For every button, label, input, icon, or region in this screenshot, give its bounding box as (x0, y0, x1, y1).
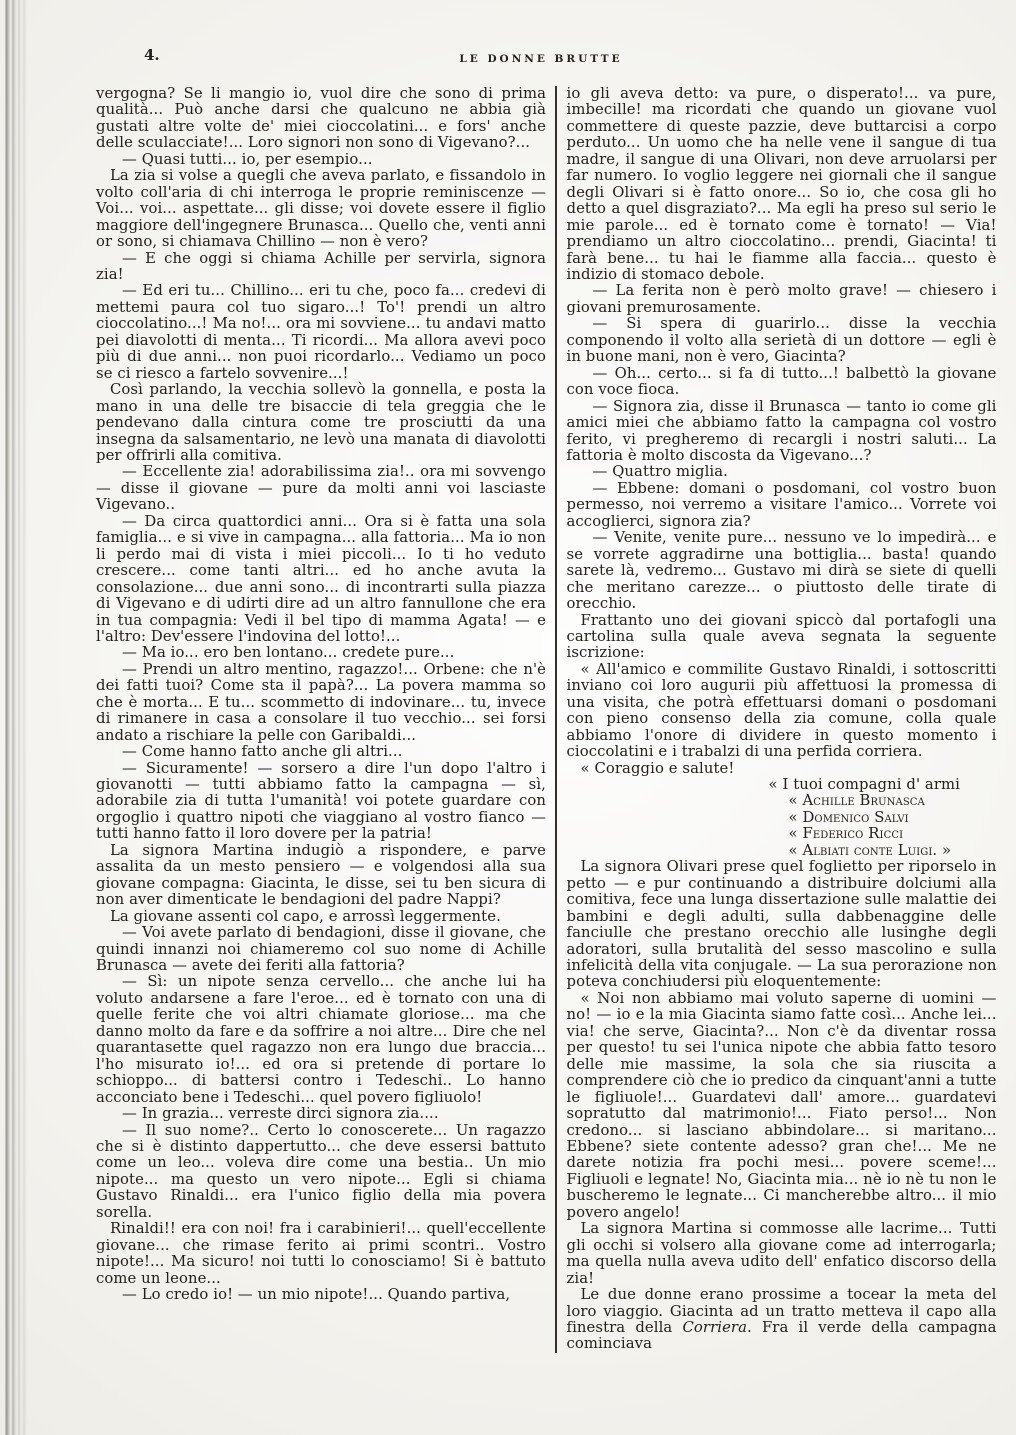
paragraph: Frattanto uno dei giovani spiccò dal por… (567, 613, 997, 662)
paragraph: La signora Martina indugiò a rispondere,… (96, 843, 546, 909)
paragraph: « I tuoi compagni d' armi (769, 777, 997, 793)
paragraph: — Sì: un nipote senza cervello... che an… (96, 974, 546, 1106)
paragraph: — Venite, venite pure... nessuno ve lo i… (567, 530, 997, 612)
paragraph: « Coraggio e salute! (567, 761, 997, 777)
paragraph: Così parlando, la vecchia sollevò la gon… (96, 382, 546, 464)
paragraph: — Voi avete parlato di bendagioni, disse… (96, 925, 546, 974)
left-column: vergogna? Se li mangio io, vuol dire che… (96, 86, 555, 1353)
paragraph: « All'amico e commilite Gustavo Rinaldi,… (567, 662, 997, 761)
paragraph: « Albiati conte Luigi. » (789, 843, 997, 859)
paragraph: io gli aveva detto: va pure, o disperato… (567, 86, 997, 283)
paragraph: Le due donne erano prossime a tocear la … (567, 1287, 997, 1353)
binding-edge-shadow (0, 0, 36, 1435)
scanned-book-page: 4. LE DONNE BRUTTE vergogna? Se li mangi… (0, 0, 1016, 1435)
paragraph: — Si spera di guarirlo... disse la vecch… (567, 316, 997, 365)
paragraph: — Sicuramente! — sorsero a dire l'un dop… (96, 761, 546, 843)
text-block: vergogna? Se li mangio io, vuol dire che… (96, 86, 997, 1353)
paragraph: — E che oggi si chiama Achille per servi… (96, 251, 546, 284)
paragraph: — Eccellente zia! adorabilissima zia!.. … (96, 464, 546, 513)
paragraph: — In grazia... verreste dirci signora zi… (96, 1106, 546, 1122)
paragraph: La zia si volse a quegli che aveva parla… (96, 168, 546, 250)
paragraph: La signora Olivari prese quel foglietto … (567, 859, 997, 991)
paragraph: — Oh... certo... si fa di tutto...! balb… (567, 366, 997, 399)
paragraph: La giovane assenti col capo, e arrossì l… (96, 909, 546, 925)
paragraph: La signora Martina si commosse alle lacr… (567, 1221, 997, 1287)
paragraph: « Federico Ricci (789, 826, 997, 842)
page-number: 4. (144, 46, 160, 64)
paragraph: — Ed eri tu... Chillino... eri tu che, p… (96, 283, 546, 382)
paragraph: — Quattro miglia. (567, 464, 997, 480)
paragraph: — La ferita non è però molto grave! — ch… (567, 283, 997, 316)
paragraph: vergogna? Se li mangio io, vuol dire che… (96, 86, 546, 152)
paragraph: « Noi non abbiamo mai voluto saperne di … (567, 991, 997, 1221)
paragraph: — Signora zia, disse il Brunasca — tanto… (567, 399, 997, 465)
italic-text: Corriera (682, 1319, 747, 1336)
page-header: 4. LE DONNE BRUTTE (96, 46, 986, 72)
paragraph: Rinaldi!! era con noi! fra i carabinieri… (96, 1221, 546, 1287)
paragraph: — Ma io... ero ben lontano... credete pu… (96, 645, 546, 661)
paragraph: — Quasi tutti... io, per esempio... (96, 152, 546, 168)
paragraph: — Come hanno fatto anche gli altri... (96, 744, 546, 760)
right-column: io gli aveva detto: va pure, o disperato… (557, 86, 997, 1353)
paragraph: — Prendi un altro mentino, ragazzo!... O… (96, 662, 546, 744)
paragraph: « Achille Brunasca (789, 793, 997, 809)
paragraph: — Lo credo io! — un mio nipote!... Quand… (96, 1287, 546, 1303)
paragraph: — Ebbene: domani o posdomani, col vostro… (567, 481, 997, 530)
paragraph: « Domenico Salvi (789, 810, 997, 826)
paragraph: — Il suo nome?.. Certo lo conoscerete...… (96, 1123, 546, 1222)
running-title: LE DONNE BRUTTE (96, 46, 986, 65)
paragraph: — Da circa quattordici anni... Ora si è … (96, 514, 546, 646)
